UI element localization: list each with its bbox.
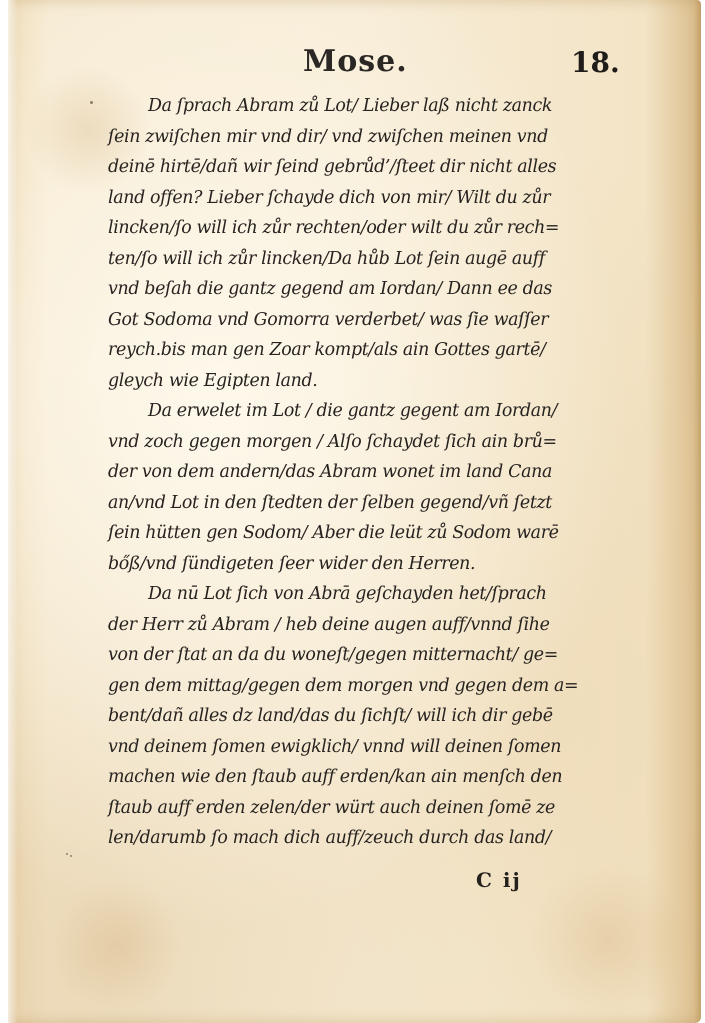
text-line: bőß/vnd ſündigeten ſeer wider den Herren… (108, 549, 613, 580)
text-line: ſtaub auff erden zelen/der würt auch dei… (108, 793, 613, 824)
paragraph-2: Da erwelet im Lot / die gantz gegent am … (108, 396, 613, 579)
paragraph-3: Da nū Lot ſich von Abrā geſchayden het/ſ… (108, 579, 613, 854)
text-line: vnd zoch gegen morgen / Alſo ſchaydet ſi… (108, 427, 613, 458)
text-line: Da erwelet im Lot / die gantz gegent am … (108, 396, 613, 427)
body-text: Da ſprach Abram zů Lot/ Lieber laß nicht… (108, 91, 613, 854)
text-line: len/darumb ſo mach dich auff/zeuch durch… (108, 823, 613, 854)
text-line: vnd beſah die gantz gegend am Iordan/ Da… (108, 274, 613, 305)
running-head: Mose. (303, 44, 408, 79)
paper-stain (48, 880, 188, 1010)
ink-speck (66, 853, 68, 855)
text-line: Got Sodoma vnd Gomorra verderbet/ was ſi… (108, 305, 613, 336)
text-line: reych.bis man gen Zoar kompt/als ain Got… (108, 335, 613, 366)
text-line: gleych wie Egipten land. (108, 366, 613, 397)
text-line: ſein zwiſchen mir vnd dir/ vnd zwiſchen … (108, 122, 613, 153)
text-line: der Herr zů Abram / heb deine augen auff… (108, 610, 613, 641)
text-line: land offen? Lieber ſchayde dich von mir/… (108, 183, 613, 214)
text-line: bent/dañ alles dz land/das du ſichſt/ wi… (108, 701, 613, 732)
text-line: an/vnd Lot in den ſtedten der ſelben geg… (108, 488, 613, 519)
text-line: lincken/ſo will ich zůr rechten/oder wil… (108, 213, 613, 244)
text-line: gen dem mittag/gegen dem morgen vnd gege… (108, 671, 613, 702)
text-line: der von dem andern/das Abram wonet im la… (108, 457, 613, 488)
signature-mark: C ij (476, 868, 522, 892)
folio-number: 18. (571, 46, 620, 79)
page-header: Mose. 18. (8, 40, 701, 90)
text-line: machen wie den ſtaub auff erden/kan ain … (108, 762, 613, 793)
text-line: Da ſprach Abram zů Lot/ Lieber laß nicht… (108, 91, 613, 122)
text-line: ten/ſo will ich zůr lincken/Da hůb Lot ſ… (108, 244, 613, 275)
text-line: deinē hirtē/dañ wir ſeind gebrůd’/ſteet … (108, 152, 613, 183)
book-page: Mose. 18. Da ſprach Abram zů Lot/ Lieber… (8, 0, 701, 1023)
text-line: ſein hütten gen Sodom/ Aber die leüt zů … (108, 518, 613, 549)
ink-speck (70, 855, 72, 857)
ink-speck (90, 101, 93, 104)
paper-stain (528, 860, 688, 1020)
paragraph-1: Da ſprach Abram zů Lot/ Lieber laß nicht… (108, 91, 613, 396)
text-line: vnd deinem ſomen ewigklich/ vnnd will de… (108, 732, 613, 763)
text-line: von der ſtat an da du woneſt/gegen mitte… (108, 640, 613, 671)
text-line: Da nū Lot ſich von Abrā geſchayden het/ſ… (108, 579, 613, 610)
